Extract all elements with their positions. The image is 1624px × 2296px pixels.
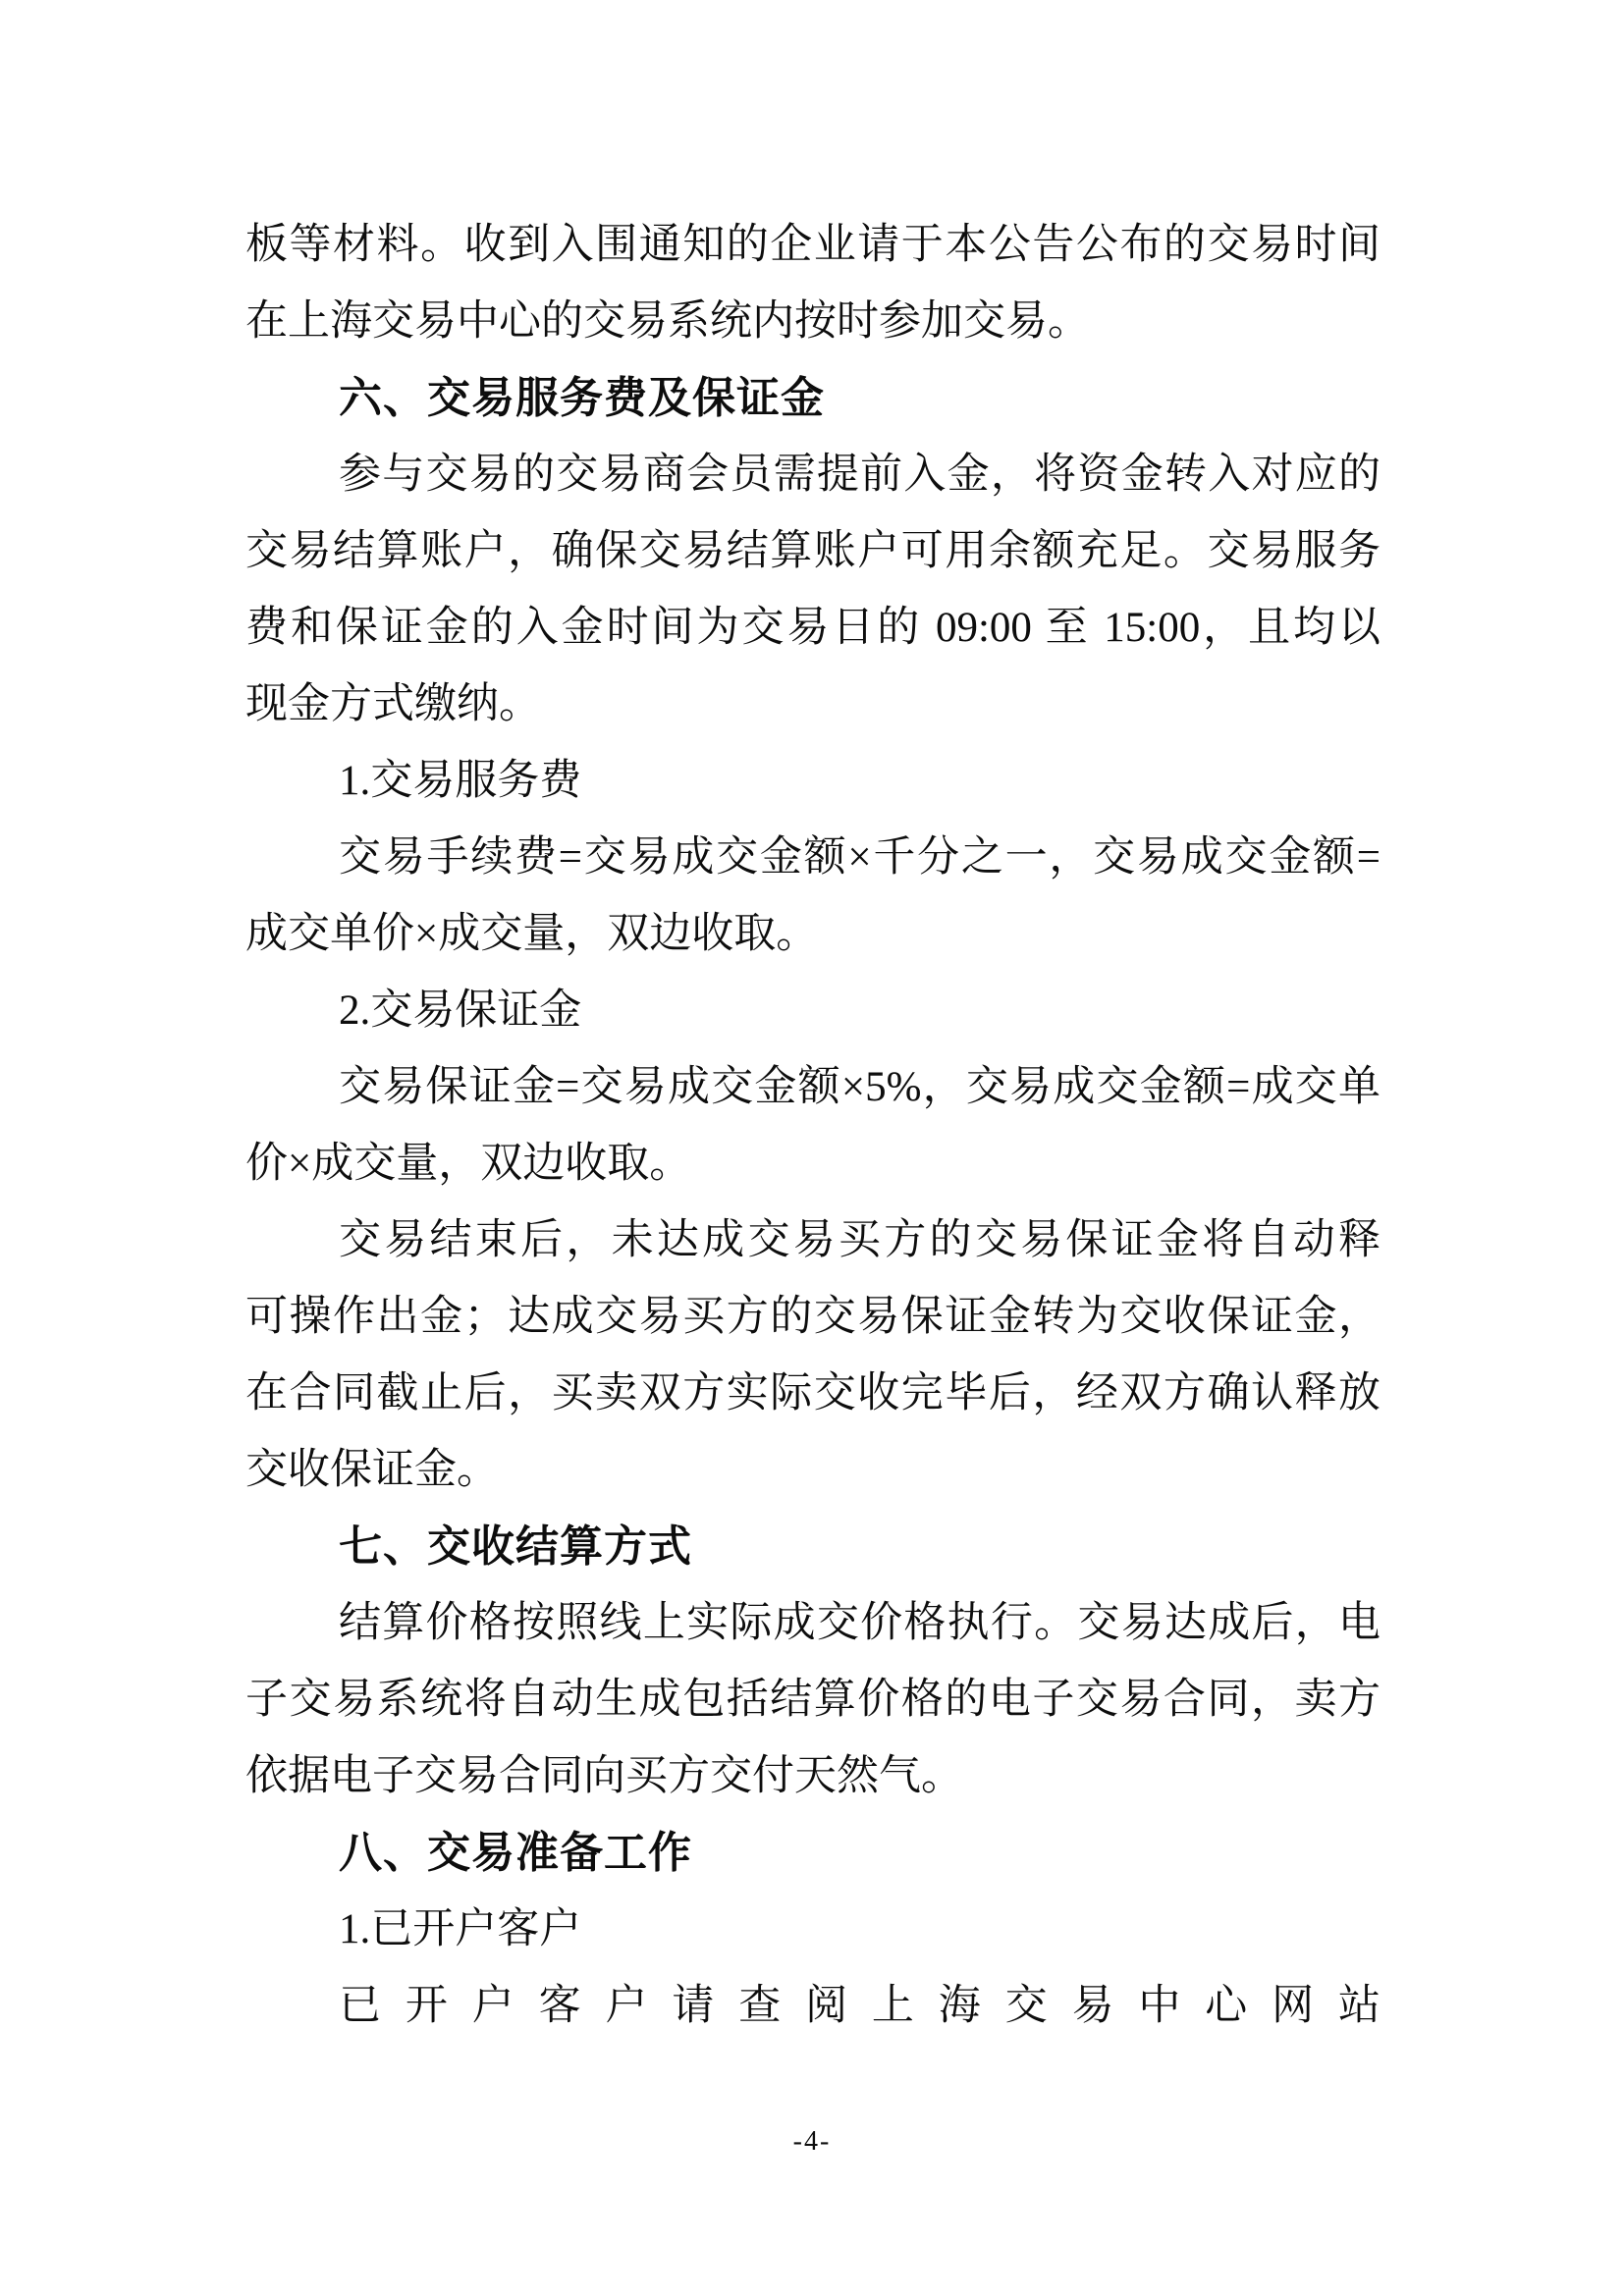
body-line: 可操作出金；达成交易买方的交易保证金转为交收保证金，	[245, 1279, 1380, 1356]
body-line: 交收保证金。	[245, 1432, 1380, 1509]
heading-section-seven: 七、交收结算方式	[245, 1509, 1380, 1585]
body-line: 结算价格按照线上实际成交价格执行。交易达成后，电	[245, 1585, 1380, 1662]
heading-section-six: 六、交易服务费及保证金	[245, 360, 1380, 437]
body-line: 依据电子交易合同向买方交付天然气。	[245, 1738, 1380, 1815]
body-line: 交易手续费=交易成交金额×千分之一，交易成交金额=	[245, 820, 1380, 896]
body-line: 在合同截止后，买卖双方实际交收完毕后，经双方确认释放	[245, 1356, 1380, 1432]
body-line: 交易结算账户，确保交易结算账户可用余额充足。交易服务	[245, 513, 1380, 590]
body-line: 成交单价×成交量，双边收取。	[245, 896, 1380, 973]
body-line: 交易结束后，未达成交易买方的交易保证金将自动释放，	[245, 1202, 1380, 1279]
heading-section-eight: 八、交易准备工作	[245, 1815, 1380, 1892]
body-line: 交易保证金=交易成交金额×5%，交易成交金额=成交单	[245, 1049, 1380, 1126]
subitem-trading-service-fee: 1.交易服务费	[245, 743, 1380, 820]
body-line: 在上海交易中心的交易系统内按时参加交易。	[245, 284, 1380, 360]
body-line: 已开户客户请查阅上海交易中心网站	[245, 1968, 1380, 2045]
page-footer: -4-	[0, 2122, 1624, 2162]
document-page: 板等材料。收到入围通知的企业请于本公告公布的交易时间 在上海交易中心的交易系统内…	[0, 0, 1624, 2296]
body-line: 子交易系统将自动生成包括结算价格的电子交易合同，卖方	[245, 1662, 1380, 1738]
subitem-trading-deposit: 2.交易保证金	[245, 973, 1380, 1049]
body-line: 参与交易的交易商会员需提前入金，将资金转入对应的	[245, 437, 1380, 513]
body-line: 价×成交量，双边收取。	[245, 1126, 1380, 1202]
body-line: 板等材料。收到入围通知的企业请于本公告公布的交易时间	[245, 207, 1380, 284]
document-body: 板等材料。收到入围通知的企业请于本公告公布的交易时间 在上海交易中心的交易系统内…	[245, 207, 1380, 2045]
subitem-opened-account-customers: 1.已开户客户	[245, 1892, 1380, 1968]
body-line: 费和保证金的入金时间为交易日的 09:00 至 15:00，且均以	[245, 590, 1380, 667]
body-line: 现金方式缴纳。	[245, 667, 1380, 743]
page-number: -4-	[793, 2126, 832, 2157]
